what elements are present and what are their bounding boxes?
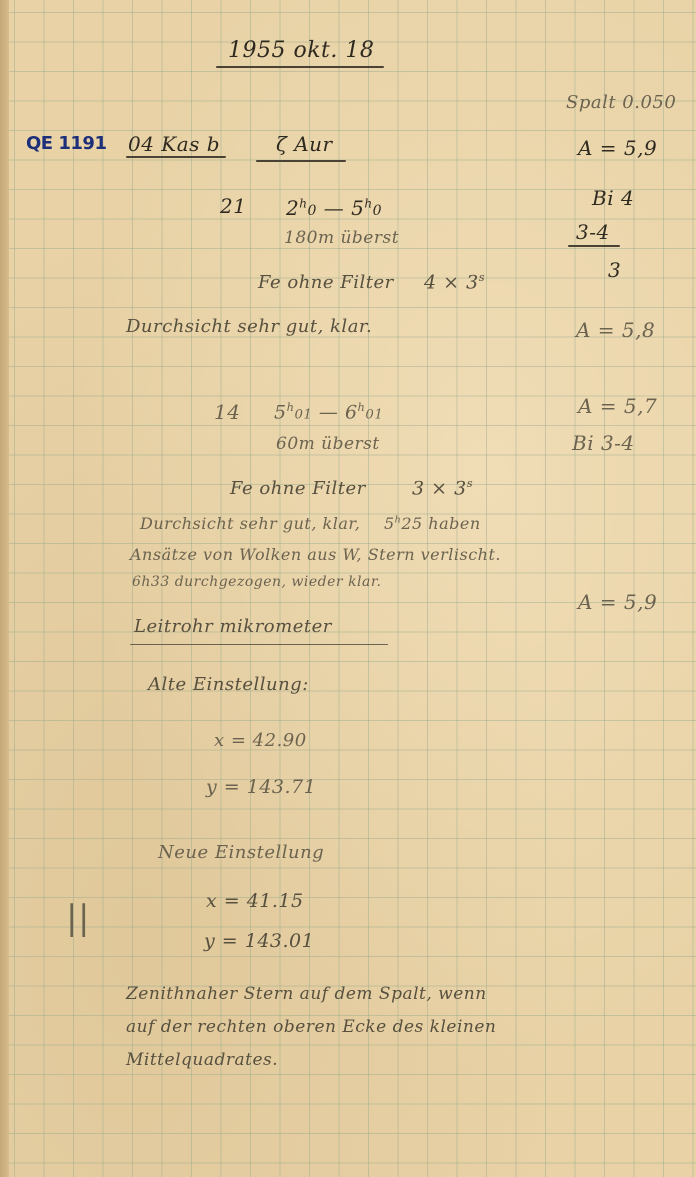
obs1-note: Durchsicht sehr gut, klar. bbox=[126, 316, 372, 337]
a-value-4: A = 5,9 bbox=[578, 590, 657, 614]
a-value-2: A = 5,8 bbox=[576, 318, 655, 342]
obs2-time-range: 5h01 — 6h01 bbox=[274, 400, 383, 423]
ratio-numerator: 3-4 bbox=[576, 220, 610, 244]
obs2-note-rest: 25 haben bbox=[401, 514, 480, 533]
old-setting-label: Alte Einstellung: bbox=[148, 674, 309, 695]
object-name: 04 Kas b bbox=[128, 132, 220, 156]
ratio-line bbox=[568, 245, 620, 247]
obs2-exposures: 3 × 3s bbox=[412, 476, 473, 499]
conclusion-line1: Zenithnaher Stern auf dem Spalt, wenn bbox=[126, 984, 487, 1004]
obs2-exposure-count: 3 × 3 bbox=[412, 477, 467, 499]
new-x-value: x = 41.15 bbox=[206, 890, 304, 912]
obs1-time-range: 2h0 — 5h0 bbox=[286, 196, 382, 220]
section-underline bbox=[130, 644, 388, 645]
obs2-note-text: Durchsicht sehr gut, klar, bbox=[140, 514, 360, 533]
a-value-3: A = 5,7 bbox=[578, 394, 657, 418]
obs2-number: 14 bbox=[214, 400, 240, 424]
page-date: 1955 okt. 18 bbox=[228, 38, 374, 63]
notebook-page: 1955 okt. 18 Spalt 0.050 A = 5,9 Bi 4 3-… bbox=[0, 0, 696, 1177]
conclusion-line3: Mittelquadrates. bbox=[126, 1050, 278, 1070]
obs2-dash: — bbox=[319, 401, 339, 423]
ratio-denominator: 3 bbox=[608, 258, 621, 282]
obs1-exposure-unit: s bbox=[479, 270, 485, 284]
old-y-value: y = 143.71 bbox=[206, 776, 316, 798]
obs1-end-h: h bbox=[364, 196, 372, 210]
obs1-start-hour: 2 bbox=[286, 196, 299, 220]
catalog-stamp: QE 1191 bbox=[26, 133, 106, 154]
star-name: ζ Aur bbox=[276, 132, 333, 156]
obs2-note-line3: 6h33 durchgezogen, wieder klar. bbox=[132, 574, 381, 590]
bi-value-2: Bi 3-4 bbox=[572, 431, 635, 455]
obs2-end-min: 01 bbox=[365, 407, 383, 422]
obs1-exposure: 180m überst bbox=[284, 228, 399, 248]
obs1-exposure-count: 4 × 3 bbox=[424, 271, 479, 293]
obs1-number: 21 bbox=[220, 194, 246, 218]
obs1-dash: — bbox=[324, 196, 345, 220]
obs2-note-line2: Ansätze von Wolken aus W, Stern verlisch… bbox=[130, 545, 501, 564]
obs2-note-hour: 5 bbox=[384, 514, 395, 533]
new-y-value: y = 143.01 bbox=[204, 930, 314, 952]
margin-mark: || bbox=[66, 898, 90, 938]
date-underline bbox=[216, 66, 384, 68]
section-title: Leitrohr mikrometer bbox=[134, 616, 332, 637]
obs1-exposures: 4 × 3s bbox=[424, 270, 485, 293]
obs2-start-hour: 5 bbox=[274, 401, 287, 423]
obs2-end-hour: 6 bbox=[345, 401, 358, 423]
obs2-exposure-unit: s bbox=[467, 476, 473, 490]
object-underline bbox=[126, 156, 226, 158]
star-underline bbox=[256, 160, 346, 162]
obs1-end-hour: 5 bbox=[351, 196, 364, 220]
obs1-filter: Fe ohne Filter bbox=[258, 272, 394, 293]
obs2-exposure: 60m überst bbox=[276, 434, 380, 454]
old-x-value: x = 42.90 bbox=[214, 730, 307, 751]
obs2-note-line1: Durchsicht sehr gut, klar, 5h25 haben bbox=[140, 514, 481, 533]
obs2-filter: Fe ohne Filter bbox=[230, 478, 366, 499]
a-value-1: A = 5,9 bbox=[578, 136, 657, 160]
obs2-start-min: 01 bbox=[294, 407, 312, 422]
page-binding-edge bbox=[0, 0, 9, 1177]
new-setting-label: Neue Einstellung bbox=[158, 842, 324, 863]
conclusion-line2: auf der rechten oberen Ecke des kleinen bbox=[126, 1017, 496, 1037]
obs1-end-min: 0 bbox=[373, 203, 382, 219]
obs1-start-min: 0 bbox=[307, 203, 316, 219]
spalt-value: Spalt 0.050 bbox=[566, 92, 676, 113]
bi-value-1: Bi 4 bbox=[592, 186, 634, 210]
